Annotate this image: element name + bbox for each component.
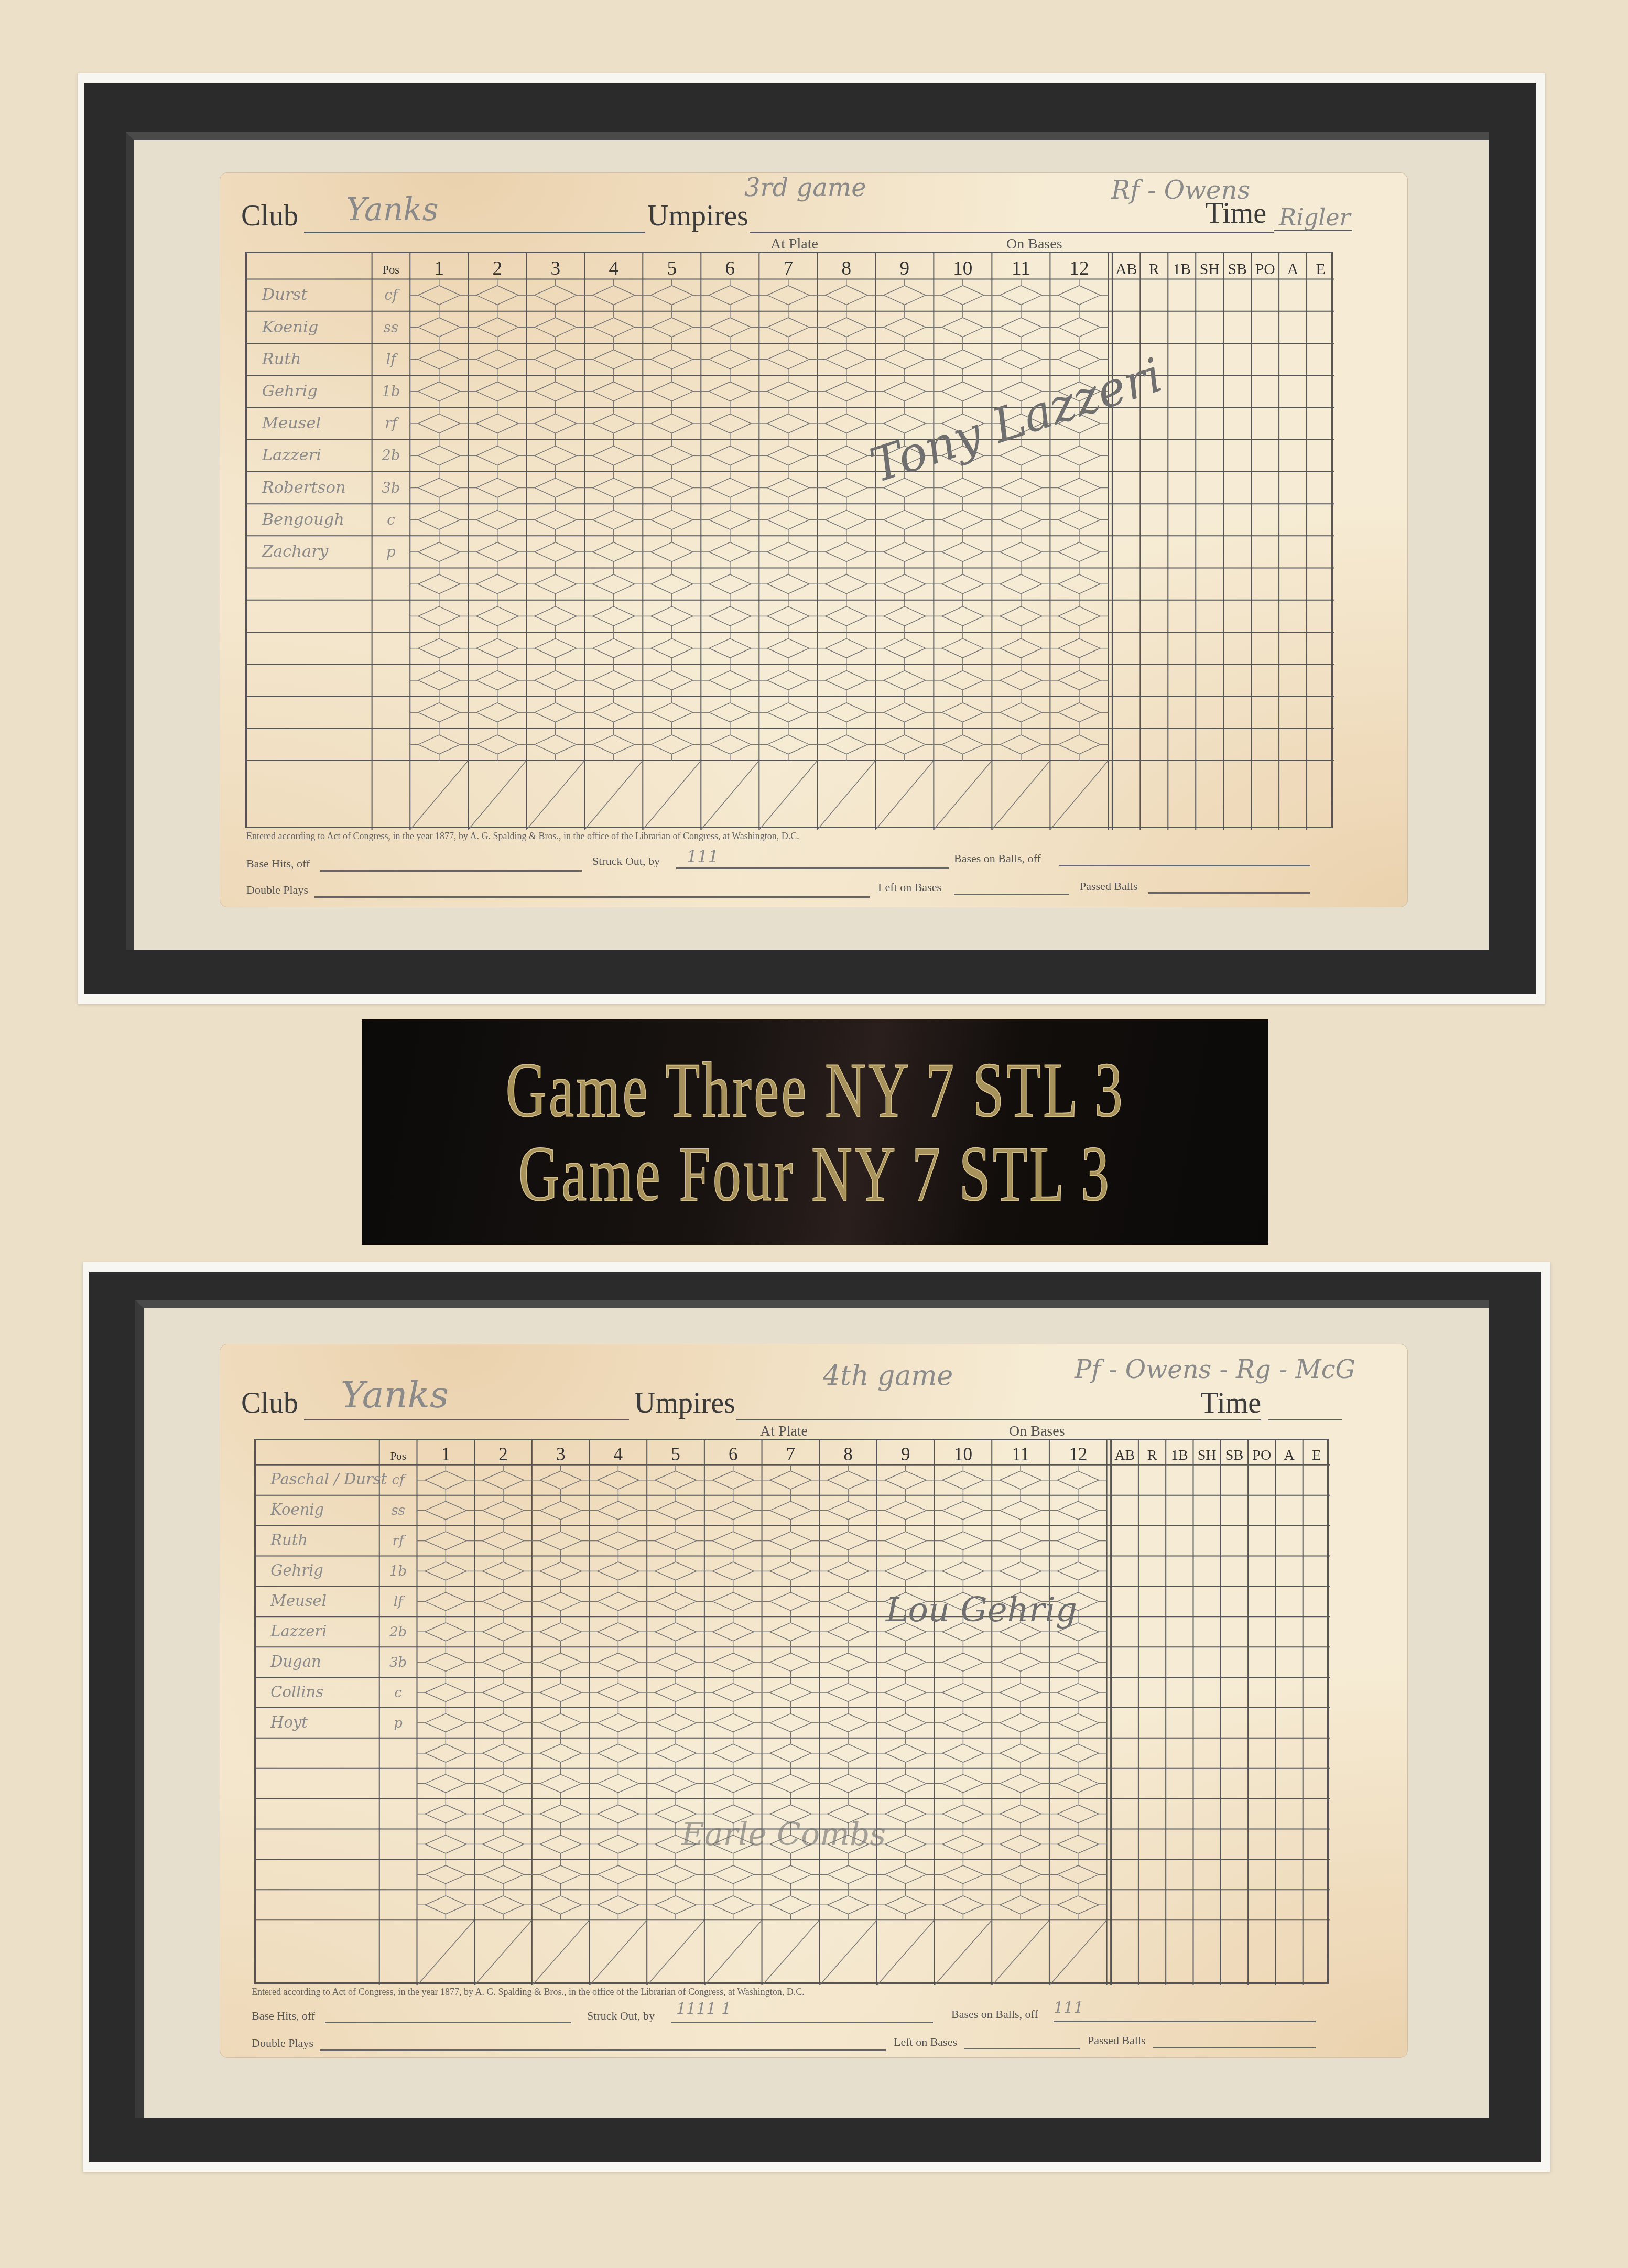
base-hits-label: Base Hits, off bbox=[246, 857, 310, 871]
svg-text:Zachary: Zachary bbox=[262, 542, 329, 561]
at-plate-label: At Plate bbox=[770, 236, 818, 253]
svg-text:4: 4 bbox=[609, 258, 619, 279]
umpires-handwritten: 3rd game bbox=[744, 173, 866, 202]
svg-text:SH: SH bbox=[1200, 261, 1220, 278]
svg-text:SH: SH bbox=[1198, 1447, 1217, 1463]
left-on-bases-label: Left on Bases bbox=[894, 2035, 957, 2049]
struck-out-label: Struck Out, by bbox=[592, 854, 660, 868]
svg-text:AB: AB bbox=[1114, 1447, 1135, 1463]
svg-text:lf: lf bbox=[386, 351, 398, 368]
svg-text:2b: 2b bbox=[389, 1624, 407, 1640]
svg-text:Koenig: Koenig bbox=[270, 1501, 324, 1518]
scoring-grid: Pos123456789101112ABR1BSHSBPOAEPaschal /… bbox=[254, 1439, 1329, 1984]
svg-text:10: 10 bbox=[954, 1444, 972, 1464]
svg-text:1b: 1b bbox=[382, 383, 400, 400]
svg-text:3b: 3b bbox=[382, 480, 400, 496]
svg-text:A: A bbox=[1284, 1447, 1295, 1463]
svg-text:10: 10 bbox=[953, 258, 972, 279]
svg-text:Bengough: Bengough bbox=[262, 511, 344, 529]
svg-text:Lazzeri: Lazzeri bbox=[262, 446, 321, 464]
svg-text:1: 1 bbox=[434, 258, 444, 279]
svg-text:11: 11 bbox=[1012, 258, 1030, 279]
svg-text:1: 1 bbox=[441, 1444, 451, 1464]
svg-text:R: R bbox=[1149, 261, 1159, 278]
svg-text:3b: 3b bbox=[389, 1655, 407, 1670]
umpires-label: Umpires bbox=[647, 199, 748, 233]
svg-text:2b: 2b bbox=[381, 447, 400, 464]
struck-out-handwritten: 111 bbox=[687, 847, 719, 866]
signature-gehrig: Lou Gehrig bbox=[886, 1591, 1077, 1630]
svg-text:cf: cf bbox=[384, 287, 400, 303]
time-label: Time bbox=[1200, 1386, 1261, 1420]
svg-text:ss: ss bbox=[391, 1503, 405, 1518]
svg-text:PO: PO bbox=[1255, 261, 1275, 278]
copyright-notice: Entered according to Act of Congress, in… bbox=[252, 1987, 805, 1998]
svg-text:Gehrig: Gehrig bbox=[270, 1561, 323, 1579]
svg-text:Lazzeri: Lazzeri bbox=[270, 1622, 327, 1640]
time-handwritten: Rigler bbox=[1279, 204, 1351, 231]
umpires-label: Umpires bbox=[634, 1386, 735, 1420]
svg-text:5: 5 bbox=[667, 258, 677, 279]
left-on-bases-label: Left on Bases bbox=[878, 881, 941, 894]
svg-text:Meusel: Meusel bbox=[262, 414, 321, 432]
svg-text:8: 8 bbox=[842, 258, 852, 279]
scorecard-game-four: Club Yanks Umpires 4th game Pf - Owens -… bbox=[220, 1344, 1407, 2057]
svg-text:Ruth: Ruth bbox=[270, 1531, 308, 1549]
svg-text:cf: cf bbox=[392, 1472, 407, 1488]
at-plate-label: At Plate bbox=[760, 1423, 808, 1440]
copyright-notice: Entered according to Act of Congress, in… bbox=[246, 831, 799, 842]
svg-text:AB: AB bbox=[1115, 261, 1137, 278]
base-hits-label: Base Hits, off bbox=[252, 2009, 315, 2023]
bases-on-balls-label: Bases on Balls, off bbox=[951, 2007, 1038, 2021]
svg-text:8: 8 bbox=[843, 1444, 853, 1464]
svg-text:Gehrig: Gehrig bbox=[262, 382, 318, 400]
struck-out-label: Struck Out, by bbox=[587, 2009, 655, 2023]
svg-text:5: 5 bbox=[671, 1444, 680, 1464]
svg-text:E: E bbox=[1316, 261, 1325, 278]
scorecard-game-three: Club Yanks Umpires 3rd game Rf - Owens A… bbox=[220, 173, 1407, 907]
double-plays-label: Double Plays bbox=[252, 2036, 313, 2050]
plaque-line-game-three: Game Three NY 7 STL 3 bbox=[505, 1048, 1124, 1132]
passed-balls-label: Passed Balls bbox=[1088, 2034, 1146, 2047]
umpires-extra-handwritten: Pf - Owens - Rg - McG bbox=[1075, 1355, 1355, 1384]
svg-text:p: p bbox=[386, 544, 396, 560]
svg-text:Pos: Pos bbox=[383, 263, 399, 276]
passed-balls-label: Passed Balls bbox=[1080, 880, 1138, 893]
struck-out-handwritten: 1111 1 bbox=[676, 2000, 731, 2018]
on-bases-label: On Bases bbox=[1009, 1423, 1065, 1440]
bases-on-balls-handwritten: 111 bbox=[1054, 1999, 1083, 2017]
svg-text:3: 3 bbox=[556, 1444, 566, 1464]
svg-text:Durst: Durst bbox=[262, 286, 308, 304]
svg-text:6: 6 bbox=[725, 258, 735, 279]
svg-text:1b: 1b bbox=[389, 1564, 407, 1579]
svg-text:A: A bbox=[1287, 261, 1299, 278]
scoring-grid: Pos123456789101112ABR1BSHSBPOAEDurstcfKo… bbox=[245, 252, 1333, 828]
svg-text:c: c bbox=[394, 1685, 402, 1701]
signature-combs: Earle Combs bbox=[681, 1816, 886, 1853]
on-bases-label: On Bases bbox=[1006, 236, 1062, 253]
svg-text:c: c bbox=[387, 512, 395, 528]
bases-on-balls-label: Bases on Balls, off bbox=[954, 852, 1041, 865]
svg-text:lf: lf bbox=[394, 1594, 405, 1610]
svg-text:Hoyt: Hoyt bbox=[270, 1713, 308, 1731]
engraved-plaque: Game Three NY 7 STL 3 Game Four NY 7 STL… bbox=[362, 1019, 1268, 1245]
svg-text:Paschal / Durst: Paschal / Durst bbox=[270, 1470, 387, 1488]
svg-text:1B: 1B bbox=[1173, 261, 1191, 278]
svg-text:7: 7 bbox=[784, 258, 794, 279]
svg-text:PO: PO bbox=[1252, 1447, 1271, 1463]
svg-text:ss: ss bbox=[384, 319, 398, 336]
svg-text:SB: SB bbox=[1225, 1447, 1243, 1463]
svg-text:E: E bbox=[1312, 1447, 1321, 1463]
club-handwritten: Yanks bbox=[346, 191, 439, 228]
double-plays-label: Double Plays bbox=[246, 883, 308, 897]
svg-text:2: 2 bbox=[498, 1444, 508, 1464]
svg-text:Dugan: Dugan bbox=[270, 1653, 321, 1670]
svg-text:SB: SB bbox=[1228, 261, 1247, 278]
umpires-handwritten: 4th game bbox=[823, 1360, 953, 1392]
svg-text:9: 9 bbox=[901, 1444, 910, 1464]
svg-text:4: 4 bbox=[614, 1444, 623, 1464]
svg-text:1B: 1B bbox=[1171, 1447, 1188, 1463]
svg-text:11: 11 bbox=[1012, 1444, 1029, 1464]
svg-text:9: 9 bbox=[900, 258, 910, 279]
club-handwritten: Yanks bbox=[341, 1373, 449, 1416]
svg-text:3: 3 bbox=[551, 258, 561, 279]
club-label: Club bbox=[241, 1386, 298, 1420]
svg-text:6: 6 bbox=[729, 1444, 738, 1464]
svg-text:Ruth: Ruth bbox=[262, 350, 301, 368]
svg-text:7: 7 bbox=[786, 1444, 796, 1464]
svg-text:p: p bbox=[394, 1716, 403, 1731]
svg-text:Robertson: Robertson bbox=[262, 479, 346, 497]
svg-text:rf: rf bbox=[385, 415, 399, 432]
time-label: Time bbox=[1206, 197, 1266, 230]
svg-text:Koenig: Koenig bbox=[262, 318, 319, 337]
plaque-line-game-four: Game Four NY 7 STL 3 bbox=[518, 1132, 1111, 1216]
svg-text:2: 2 bbox=[492, 258, 502, 279]
svg-text:12: 12 bbox=[1069, 258, 1089, 279]
svg-text:Meusel: Meusel bbox=[270, 1592, 327, 1610]
club-label: Club bbox=[241, 199, 298, 233]
svg-text:Collins: Collins bbox=[270, 1683, 323, 1701]
svg-text:12: 12 bbox=[1069, 1444, 1087, 1464]
svg-text:Pos: Pos bbox=[390, 1450, 406, 1462]
svg-text:R: R bbox=[1147, 1447, 1157, 1463]
svg-text:rf: rf bbox=[393, 1533, 406, 1549]
